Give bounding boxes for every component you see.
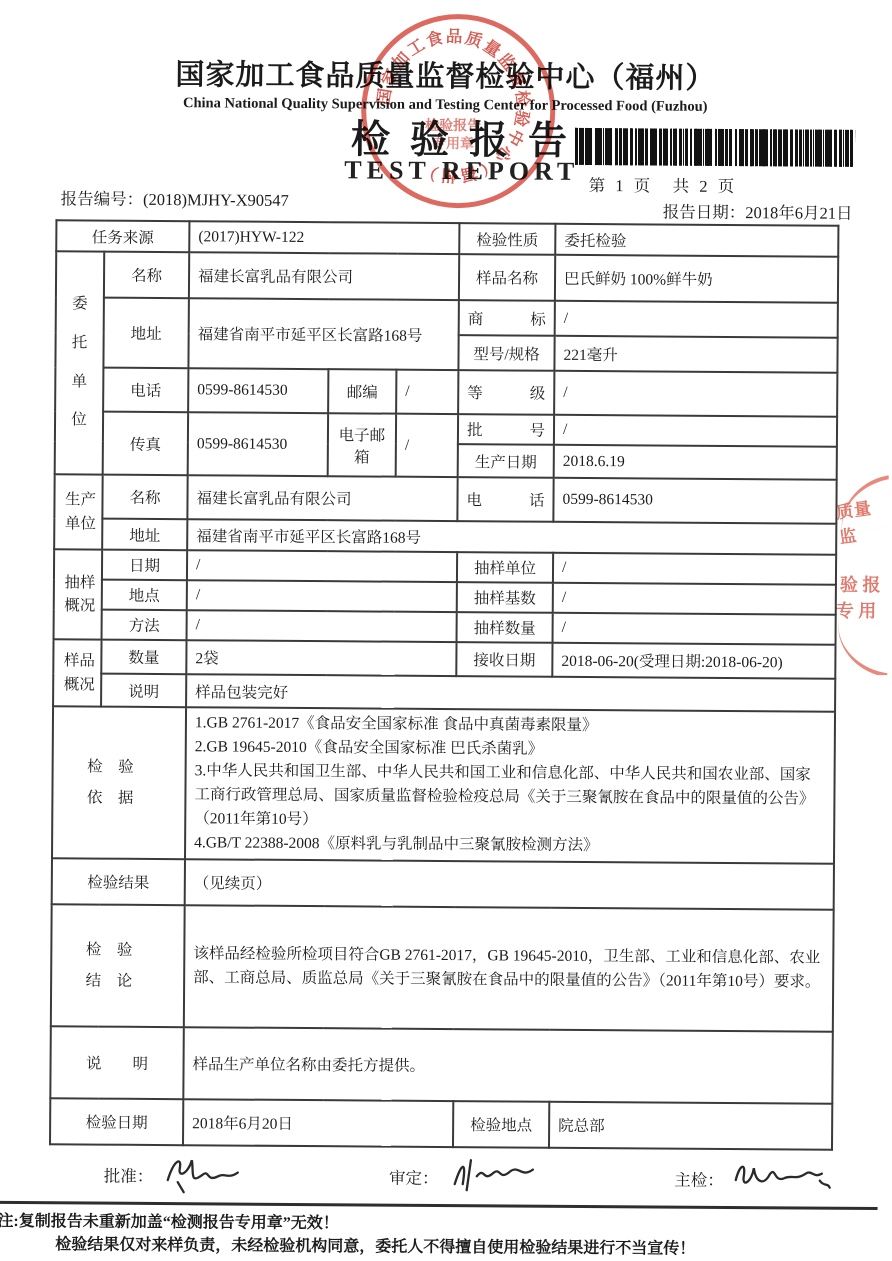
approver-signature (159, 1148, 255, 1195)
client-tel-value: 0599-8614530 (188, 368, 328, 413)
review-label: 审定： (389, 1165, 439, 1189)
page-number-info: 第 1 页 共 2 页 (575, 172, 857, 198)
basis-label-line1: 检 验 (87, 752, 151, 783)
chief-signature-block: 主检： (674, 1160, 834, 1199)
sampling-group-cell: 抽样概况 (54, 549, 103, 639)
producer-tel-label: 电话 (457, 477, 553, 522)
overview-group-label: 样品概况 (62, 650, 96, 697)
conclusion-label-line2: 结 论 (86, 966, 150, 997)
test-nature-label: 检验性质 (459, 223, 555, 255)
producer-group-cell: 生产单位 (54, 474, 103, 549)
report-title-block: 检验报告 TEST REPORT (337, 120, 587, 187)
client-fax-label: 传真 (103, 412, 188, 476)
signature-row: 批准： 审定： 主检： (104, 1156, 834, 1199)
sample-name-label: 样品名称 (459, 254, 555, 301)
sampling-date-value: / (187, 550, 457, 582)
producer-name-value: 福建长富乳品有限公司 (187, 475, 457, 521)
sampling-group-label: 抽样概况 (63, 571, 97, 618)
barcode-block: 第 1 页 共 2 页 (575, 128, 857, 198)
email-value: / (396, 414, 458, 477)
test-place-label: 检验地点 (453, 1101, 549, 1148)
producer-tel-value: 0599-8614530 (553, 478, 836, 524)
producer-group-label: 生产单位 (63, 489, 97, 536)
receive-date-value: 2018-06-20(受理日期:2018-06-20) (552, 643, 835, 679)
test-nature-value: 委托检验 (555, 224, 838, 257)
test-report-page: 国家加工食品质量监督检验中心（福州） China National Qualit… (0, 0, 892, 1261)
sampling-place-label: 地点 (102, 580, 187, 611)
basis-label-cell: 检 验 依 据 (52, 706, 186, 859)
edge-stamp-fragment-1: 质量监 (834, 492, 888, 548)
review-signature-block: 审定： (389, 1158, 541, 1197)
basis-line: 3.中华人民共和国卫生部、中华人民共和国工业和信息化部、中华人民共和国农业部、国… (194, 759, 826, 835)
client-fax-value: 0599-8614530 (188, 412, 328, 476)
sampling-base-value: / (553, 583, 836, 615)
conclusion-text: 该样品经检验所检项目符合GB 2761-2017，GB 19645-2010，卫… (184, 905, 834, 1032)
chief-label: 主检： (674, 1167, 724, 1191)
note-text: 样品生产单位名称由委托方提供。 (183, 1027, 833, 1104)
producer-name-label: 名称 (102, 475, 187, 520)
table-row: 电话 0599-8614530 邮编 / 等级 / (55, 367, 837, 416)
model-spec-label: 型号/规格 (458, 335, 554, 371)
report-title-en: TEST REPORT (337, 155, 587, 187)
prod-date-value: 2018.6.19 (554, 445, 837, 480)
table-row: 生产单位 名称 福建长富乳品有限公司 电话 0599-8614530 (54, 474, 836, 523)
table-row: 检验日期 2018年6月20日 检验地点 院总部 (50, 1098, 832, 1149)
batch-label: 批号 (458, 414, 554, 445)
grade-label: 等级 (458, 370, 554, 415)
batch-value: / (554, 415, 837, 447)
reviewer-signature (444, 1150, 540, 1197)
client-tel-label: 电话 (103, 368, 188, 413)
edge-stamp-fragment-3: 专 用 (836, 597, 877, 623)
report-number: 报告编号：(2018)MJHY-X90547 (61, 185, 289, 211)
test-date-value: 2018年6月20日 (183, 1099, 453, 1147)
report-table: 任务来源 (2017)HYW-122 检验性质 委托检验 委托单位 名称 福建长… (49, 219, 839, 1150)
email-label: 电子邮箱 (328, 413, 396, 476)
test-place-value: 院总部 (549, 1102, 832, 1150)
sampling-qty-label: 抽样数量 (457, 612, 553, 643)
basis-content-cell: 1.GB 2761-2017《食品安全国家标准 食品中真菌毒素限量》 2.GB … (185, 707, 835, 864)
zip-label: 邮编 (328, 369, 396, 413)
receive-date-label: 接收日期 (456, 642, 552, 677)
qty-value: 2袋 (186, 640, 456, 676)
client-name-value: 福建长富乳品有限公司 (189, 252, 459, 300)
basis-line: 4.GB/T 22388-2008《原料乳与乳制品中三聚氰胺检测方法》 (194, 831, 825, 859)
chief-inspector-signature (730, 1152, 834, 1199)
sampling-qty-value: / (553, 613, 836, 645)
client-addr-label: 地址 (103, 298, 189, 369)
producer-addr-value: 福建省南平市延平区长富路168号 (187, 519, 836, 555)
zip-value: / (396, 370, 458, 414)
client-addr-value: 福建省南平市延平区长富路168号 (188, 298, 458, 370)
table-row: 传真 0599-8614530 电子邮箱 / 批号 / (55, 411, 837, 446)
table-row: 说明 样品包装完好 (53, 673, 835, 711)
client-group-cell: 委托单位 (55, 251, 105, 474)
footer-notes: 注:复制报告未重新加盖“检测报告专用章”无效！ 检验结果仅对来样负责，未经检验机… (0, 1201, 878, 1261)
basis-label-line2: 依 据 (87, 783, 151, 814)
edge-partial-stamp: 质量监 验 报 专 用 (831, 469, 888, 675)
task-source-value: (2017)HYW-122 (189, 221, 459, 254)
conclusion-label-line1: 检 验 (86, 935, 150, 966)
edge-stamp-fragment-2: 验 报 (840, 571, 881, 597)
conclusion-label-cell: 检 验 结 论 (51, 904, 185, 1027)
table-row: 检验结果 （见续页） (52, 858, 834, 909)
result-label: 检验结果 (52, 858, 185, 905)
sampling-base-label: 抽样基数 (457, 582, 553, 613)
table-row: 检 验 结 论 该样品经检验所检项目符合GB 2761-2017，GB 1964… (51, 904, 834, 1031)
desc-label: 说明 (101, 674, 186, 708)
approve-label: 批准： (104, 1163, 154, 1187)
producer-addr-label: 地址 (102, 519, 187, 551)
prod-date-label: 生产日期 (458, 444, 554, 478)
sampling-org-value: / (553, 553, 836, 585)
edge-stamp-arc-bottom (831, 618, 888, 676)
model-spec-value: 221毫升 (554, 336, 837, 373)
result-value: （见续页） (185, 859, 834, 910)
overview-group-cell: 样品概况 (53, 639, 101, 706)
sampling-place-value: / (187, 580, 457, 612)
client-name-label: 名称 (104, 252, 189, 299)
table-row: 样品概况 数量 2袋 接收日期 2018-06-20(受理日期:2018-06-… (53, 639, 835, 678)
edge-stamp-arc-top (833, 469, 889, 536)
table-row: 检 验 依 据 1.GB 2761-2017《食品安全国家标准 食品中真菌毒素限… (52, 706, 835, 863)
organization-name-cn: 国家加工食品质量监督检验中心（福州） (0, 51, 892, 98)
table-row: 说 明 样品生产单位名称由委托方提供。 (50, 1026, 833, 1103)
grade-value: / (554, 371, 837, 417)
table-row: 委托单位 名称 福建长富乳品有限公司 样品名称 巴氏鲜奶 100%鲜牛奶 (56, 251, 838, 302)
test-date-label: 检验日期 (50, 1098, 183, 1145)
qty-label: 数量 (101, 640, 186, 675)
approve-signature-block: 批准： (104, 1156, 256, 1195)
barcode (575, 128, 855, 167)
sampling-method-value: / (187, 610, 457, 642)
brand-value: / (555, 301, 838, 338)
report-header: 国家加工食品质量监督检验中心（福州） China National Qualit… (0, 0, 892, 225)
report-date: 报告日期：2018年6月21日 (663, 199, 853, 224)
table-row: 地址 福建省南平市延平区长富路168号 商标 / (56, 297, 838, 337)
organization-name-en: China National Quality Supervision and T… (0, 94, 891, 117)
sampling-method-label: 方法 (102, 610, 187, 641)
client-group-label: 委托单位 (70, 285, 88, 440)
task-source-label: 任务来源 (56, 220, 189, 252)
sampling-date-label: 日期 (102, 550, 187, 581)
desc-value: 样品包装完好 (186, 674, 835, 712)
brand-label: 商标 (459, 300, 555, 336)
sampling-org-label: 抽样单位 (457, 552, 553, 583)
sample-name-value: 巴氏鲜奶 100%鲜牛奶 (555, 255, 838, 303)
note-label: 说 明 (50, 1026, 184, 1099)
